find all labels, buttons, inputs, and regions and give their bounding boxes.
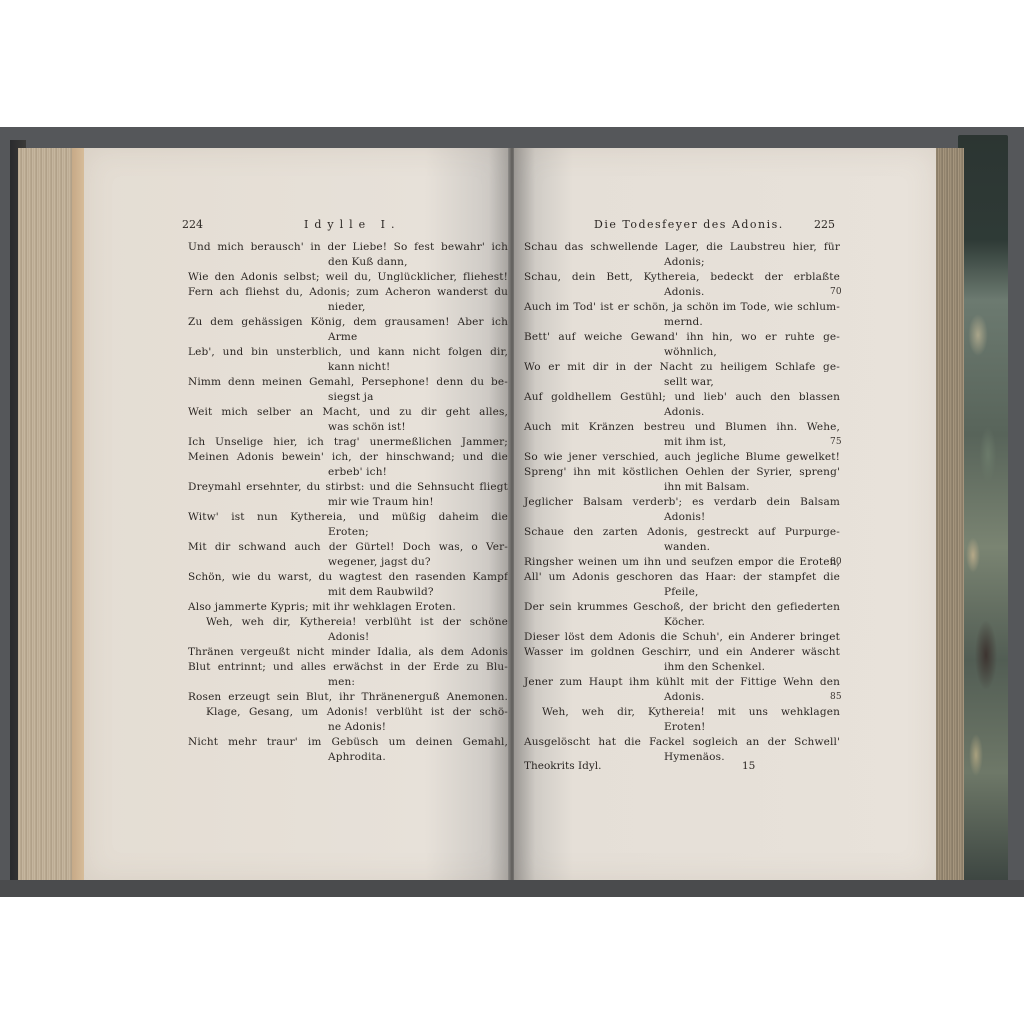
verse-line: Adonis. — [524, 285, 840, 300]
verse-line: So wie jener verschied, auch jegliche Bl… — [524, 450, 840, 465]
running-head: Die Todesfeyer des Adonis. — [594, 218, 784, 231]
running-head: Idylle I. — [304, 218, 401, 231]
verse-line: Adonis; — [524, 255, 840, 270]
bottom-shadow — [0, 880, 1024, 897]
margin-line-number: 85 — [830, 690, 842, 705]
verse-line: Nimm denn meinen Gemahl, Persephone! den… — [188, 375, 508, 390]
verse-line: den Kuß dann, — [188, 255, 508, 270]
verse-line: Köcher. — [524, 615, 840, 630]
verse-line: men: — [188, 675, 508, 690]
verse-line: Fern ach fliehst du, Adonis; zum Acheron… — [188, 285, 508, 300]
margin-line-number: 70 — [830, 285, 842, 300]
verse-line: Ringsher weinen um ihn und seufzen empor… — [524, 555, 840, 570]
verse-line: Ich Unselige hier, ich trag' unermeßlich… — [188, 435, 508, 450]
verse-line: Klage, Gesang, um Adonis! verblüht ist d… — [188, 705, 508, 720]
verse-line: Witw' ist nun Kythereia, und müßig dahei… — [188, 510, 508, 525]
verse-line: Adonis! — [524, 510, 840, 525]
verse-line: Leb', und bin unsterblich, und kann nich… — [188, 345, 508, 360]
verse-line: Wie den Adonis selbst; weil du, Unglückl… — [188, 270, 508, 285]
verse-line: Bett' auf weiche Gewand' ihn hin, wo er … — [524, 330, 840, 345]
signature-line: Theokrits Idyl. — [524, 760, 601, 772]
verse-line: Nicht mehr traur' im Gebüsch um deinen G… — [188, 735, 508, 750]
verse-line: All' um Adonis geschoren das Haar: der s… — [524, 570, 840, 585]
verse-line: Spreng' ihn mit köstlichen Oehlen der Sy… — [524, 465, 840, 480]
verse-line: wöhnlich, — [524, 345, 840, 360]
marbled-cover-board — [958, 135, 1008, 885]
page-number: 224 — [182, 218, 203, 231]
verse-line: wegener, jagst du? — [188, 555, 508, 570]
verse-line: Blut entrinnt; und alles erwächst in der… — [188, 660, 508, 675]
verse-line: sellt war, — [524, 375, 840, 390]
verse-line: mir wie Traum hin! — [188, 495, 508, 510]
verse-line: Pfeile, — [524, 585, 840, 600]
verse-line: ne Adonis! — [188, 720, 508, 735]
verse-line: Schau das schwellende Lager, die Laubstr… — [524, 240, 840, 255]
right-page-edges — [934, 148, 964, 883]
left-page-edges — [18, 148, 86, 883]
verse-line: Schaue den zarten Adonis, gestreckt auf … — [524, 525, 840, 540]
verse-line: Adonis! — [188, 630, 508, 645]
verse-line: Thränen vergeußt nicht minder Idalia, al… — [188, 645, 508, 660]
verse-line: siegst ja — [188, 390, 508, 405]
verse-line: nieder, — [188, 300, 508, 315]
verse-line: Jeglicher Balsam verderb'; es verdarb de… — [524, 495, 840, 510]
verse-line: Zu dem gehässigen König, dem grausamen! … — [188, 315, 508, 330]
verse-line: Mit dir schwand auch der Gürtel! Doch wa… — [188, 540, 508, 555]
margin-line-number: 75 — [830, 435, 842, 450]
verse-line: wanden. — [524, 540, 840, 555]
verse-line: Aphrodita. — [188, 750, 508, 765]
verse-line: ihm den Schenkel. — [524, 660, 840, 675]
verse-line: Adonis. — [524, 690, 840, 705]
margin-line-number: 80 — [830, 555, 842, 570]
left-page: 224 Idylle I. Und mich berausch' in der … — [84, 148, 510, 881]
verse-line: Jener zum Haupt ihm kühlt mit der Fittig… — [524, 675, 840, 690]
verse-line: kann nicht! — [188, 360, 508, 375]
verse-line: Eroten; — [188, 525, 508, 540]
verse-line: Ausgelöscht hat die Fackel sogleich an d… — [524, 735, 840, 750]
verse-line: mit dem Raubwild? — [188, 585, 508, 600]
right-page: Die Todesfeyer des Adonis. 225 Schau das… — [514, 148, 936, 881]
verse-line: Meinen Adonis bewein' ich, der hinschwan… — [188, 450, 508, 465]
verse-line: Adonis. — [524, 405, 840, 420]
verse-line: Auch im Tod' ist er schön, ja schön im T… — [524, 300, 840, 315]
verse-line: Schau, dein Bett, Kythereia, bedeckt der… — [524, 270, 840, 285]
verse-line: mit ihm ist, — [524, 435, 840, 450]
verse-line: was schön ist! — [188, 420, 508, 435]
verse-line: Und mich berausch' in der Liebe! So fest… — [188, 240, 508, 255]
verse-line: Wasser im goldnen Geschirr, und ein Ande… — [524, 645, 840, 660]
verse-line: erbeb' ich! — [188, 465, 508, 480]
verse-line: mernd. — [524, 315, 840, 330]
verse-line: ihn mit Balsam. — [524, 480, 840, 495]
verse-line: Auf goldhellem Gestühl; und lieb' auch d… — [524, 390, 840, 405]
verse-line: Weh, weh dir, Kythereia! verblüht ist de… — [188, 615, 508, 630]
verse-line: Dieser löst dem Adonis die Schuh', ein A… — [524, 630, 840, 645]
verse-line: Der sein krummes Geschoß, der bricht den… — [524, 600, 840, 615]
verse-line: Wo er mit dir in der Nacht zu heiligem S… — [524, 360, 840, 375]
poem-text: Und mich berausch' in der Liebe! So fest… — [188, 240, 508, 765]
sheet-number: 15 — [742, 760, 755, 772]
verse-line: Eroten! — [524, 720, 840, 735]
verse-line: Dreymahl ersehnter, du stirbst: und die … — [188, 480, 508, 495]
page-number: 225 — [814, 218, 835, 231]
verse-line: Also jammerte Kypris; mit ihr wehklagen … — [188, 600, 508, 615]
poem-text: Schau das schwellende Lager, die Laubstr… — [524, 240, 840, 765]
verse-line: Weit mich selber an Macht, und zu dir ge… — [188, 405, 508, 420]
verse-line: Rosen erzeugt sein Blut, ihr Thränenergu… — [188, 690, 508, 705]
verse-line: Arme — [188, 330, 508, 345]
verse-line: Weh, weh dir, Kythereia! mit uns wehklag… — [524, 705, 840, 720]
verse-line: Auch mit Kränzen bestreu und Blumen ihn.… — [524, 420, 840, 435]
verse-line: Schön, wie du warst, du wagtest den rase… — [188, 570, 508, 585]
